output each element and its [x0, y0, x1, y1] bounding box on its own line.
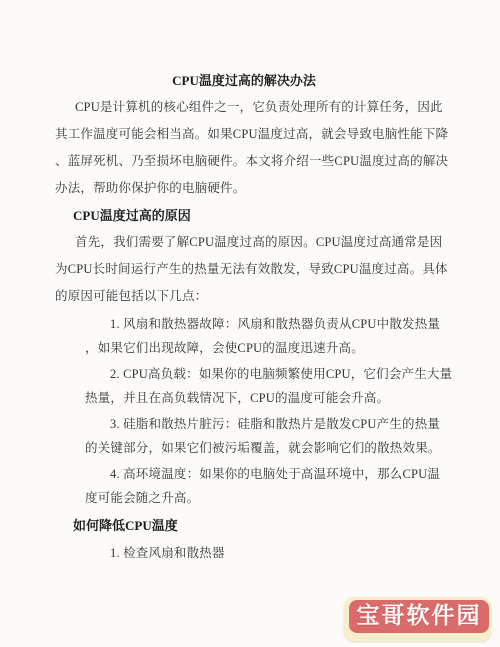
cause-item-2: 2. CPU高负载：如果你的电脑频繁使用CPU，它们会产生大量 热量，并且在高负… [55, 362, 433, 410]
cause-item-line: 度可能会随之升高。 [55, 486, 433, 510]
cause-item-line: 热量，并且在高负载情况下，CPU的温度可能会升高。 [55, 386, 433, 410]
solutions-section-heading: 如何降低CPU温度 [55, 512, 433, 539]
intro-paragraph: CPU是计算机的核心组件之一，它负责处理所有的计算任务，因此 其工作温度可能会相… [55, 94, 433, 202]
watermark-label: 宝哥软件园 [349, 600, 489, 633]
cause-item-3: 3. 硅脂和散热片脏污：硅脂和散热片是散发CPU产生的热量 的关键部分，如果它们… [55, 412, 433, 460]
intro-line: CPU是计算机的核心组件之一，它负责处理所有的计算任务，因此 [55, 94, 433, 121]
causes-section-heading: CPU温度过高的原因 [55, 202, 433, 229]
solution-step-line: 1. 检查风扇和散热器 [55, 541, 433, 565]
intro-line: 其工作温度可能会相当高。如果CPU温度过高，就会导致电脑性能下降 [55, 121, 433, 148]
document-title: CPU温度过高的解决办法 [55, 67, 433, 94]
cause-item-line: 1. 风扇和散热器故障：风扇和散热器负责从CPU中散发热量 [55, 312, 433, 336]
cause-item-line: 4. 高环境温度：如果你的电脑处于高温环境中，那么CPU温 [55, 462, 433, 486]
document-page: CPU温度过高的解决办法 CPU是计算机的核心组件之一，它负责处理所有的计算任务… [0, 0, 500, 647]
cause-item-line: 3. 硅脂和散热片脏污：硅脂和散热片是散发CPU产生的热量 [55, 412, 433, 436]
document-content: CPU温度过高的解决办法 CPU是计算机的核心组件之一，它负责处理所有的计算任务… [55, 67, 433, 565]
watermark-badge: 宝哥软件园 [344, 597, 491, 641]
cause-item-line: 2. CPU高负载：如果你的电脑频繁使用CPU，它们会产生大量 [55, 362, 433, 386]
cause-item-1: 1. 风扇和散热器故障：风扇和散热器负责从CPU中散发热量 ，如果它们出现故障，… [55, 312, 433, 360]
causes-intro-line: 首先，我们需要了解CPU温度过高的原因。CPU温度过高通常是因 [55, 229, 433, 256]
intro-line: 办法，帮助你保护你的电脑硬件。 [55, 175, 433, 202]
causes-intro-line: 的原因可能包括以下几点： [55, 283, 433, 310]
cause-item-4: 4. 高环境温度：如果你的电脑处于高温环境中，那么CPU温 度可能会随之升高。 [55, 462, 433, 510]
causes-intro-line: 为CPU长时间运行产生的热量无法有效散发，导致CPU温度过高。具体 [55, 256, 433, 283]
cause-item-line: 的关键部分，如果它们被污垢覆盖，就会影响它们的散热效果。 [55, 436, 433, 460]
causes-intro-paragraph: 首先，我们需要了解CPU温度过高的原因。CPU温度过高通常是因 为CPU长时间运… [55, 229, 433, 310]
intro-line: 、蓝屏死机、乃至损坏电脑硬件。本文将介绍一些CPU温度过高的解决 [55, 148, 433, 175]
cause-item-line: ，如果它们出现故障，会使CPU的温度迅速升高。 [55, 336, 433, 360]
solution-step-1: 1. 检查风扇和散热器 [55, 541, 433, 565]
